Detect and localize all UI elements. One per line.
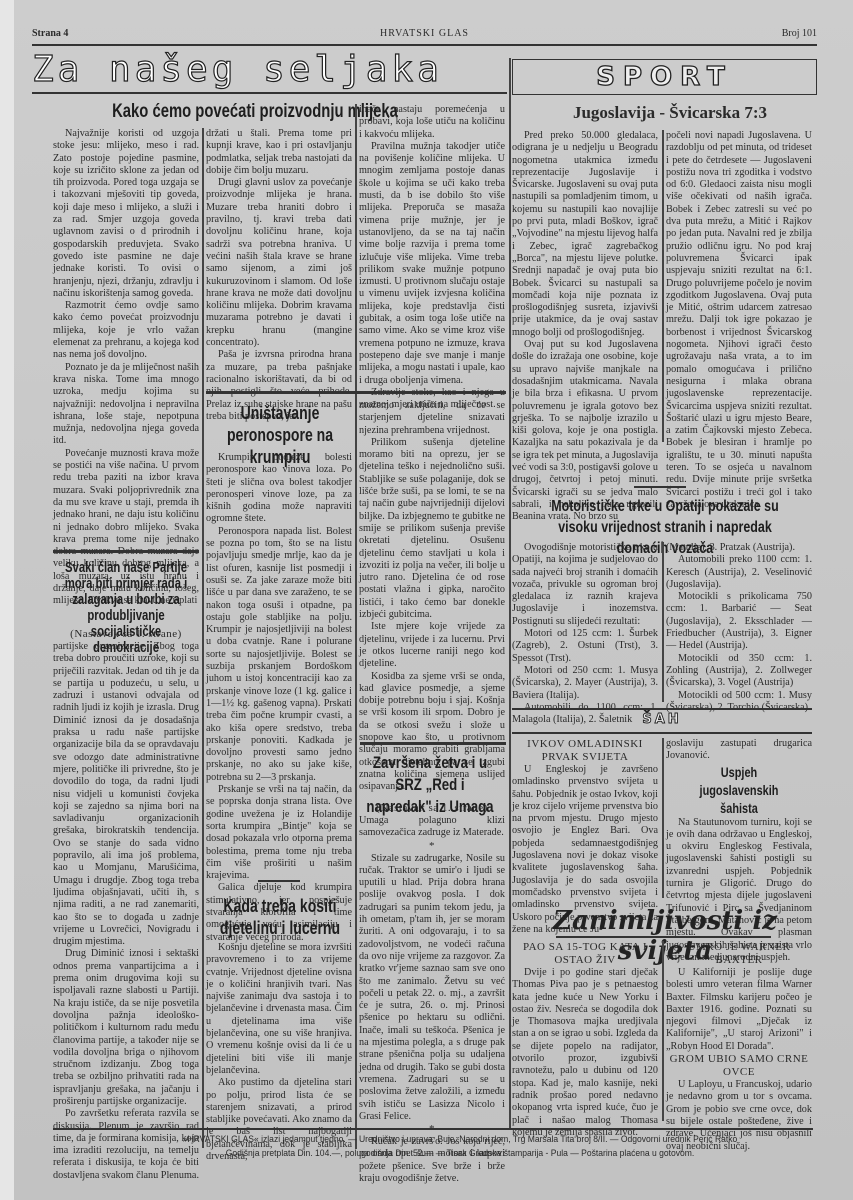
paragraph: Motocikli s prikolicama 750 ccm: 1. Barb… [666, 591, 812, 652]
sport-section-box: SPORT [512, 59, 817, 95]
paragraph: Krumpir podleže bolesti peronospore kao … [206, 452, 352, 526]
paragraph: (Matulje), 3. Pratzak (Austrija). [666, 542, 812, 554]
article-rule [634, 486, 686, 488]
column-divider [662, 738, 664, 898]
footer-rule [53, 1128, 813, 1130]
footer-line-2: Godišnja pretplata Din. 104.—, polugodiš… [136, 1148, 784, 1159]
separator-asterisk: * [359, 840, 505, 853]
article-rule [258, 880, 300, 882]
paragraph: Najvažnije koristi od uzgoja stoke jesu:… [53, 128, 199, 300]
milk-col-1: Najvažnije koristi od uzgoja stoke jesu:… [53, 128, 199, 608]
paragraph: partijske organizacije. Zbog toga treba … [53, 641, 199, 948]
masthead-rule [32, 44, 817, 46]
headline-ivkov: IVKOV OMLADINSKI PRVAK SVIJETA [512, 738, 658, 764]
column-divider [202, 128, 204, 1148]
paragraph: Ovogodišnje motorističke trke u Opatiji,… [512, 542, 658, 628]
paragraph: Dvije i po godine stari dječak Thomas Pi… [512, 967, 658, 1139]
clover-col-3: možemo zaključiti, da će se starjenjem d… [359, 400, 505, 794]
fall-article: PAO SA 15-TOG KATA I OSTAO ŽIV Dvije i p… [512, 941, 658, 1139]
article-rule [360, 742, 506, 745]
football-col-1: Pred preko 50.000 gledalaca, odigrana je… [512, 130, 658, 524]
paragraph: Prilikom sušenja djeteline moramo biti n… [359, 437, 505, 621]
column-divider [355, 104, 357, 1149]
world-rule [556, 936, 771, 938]
moto-col-2: (Matulje), 3. Pratzak (Austrija). Automo… [666, 542, 812, 714]
paragraph: Motori od 125 ccm: 1. Šurbek (Zagreb), 2… [512, 628, 658, 665]
paragraph: Umaga polaguno klizi samovezačica zadrug… [359, 815, 505, 840]
paragraph: Razmotrit ćemo ovdje samo kako ćemo pove… [53, 300, 199, 361]
paragraph: Prskanje se vrši na taj način, da se pop… [206, 784, 352, 882]
milk-col-2: držati u štali. Prema tome pri kupnji kr… [206, 128, 352, 423]
paragraph: inače nastaju poremećenja u probavi, koj… [359, 104, 505, 141]
section-rule [32, 92, 507, 94]
column-divider [662, 130, 664, 442]
newspaper-page: Strana 4 HRVATSKI GLAS Broj 101 Za našeg… [0, 0, 853, 1200]
paragraph: počeli novi napadi Jugoslavena. U razdob… [666, 130, 812, 511]
paragraph: držati u štali. Prema tome pri kupnji kr… [206, 128, 352, 177]
section-divider [509, 58, 511, 1128]
milk-col-3: inače nastaju poremećenja u probavi, koj… [359, 104, 505, 411]
headline-fall: PAO SA 15-TOG KATA I OSTAO ŽIV [512, 941, 658, 967]
newspaper-name: HRVATSKI GLAS [32, 28, 817, 39]
chess-section-title: ŠAH [512, 712, 812, 727]
paragraph: goslaviju zastupati drugarica Jovanović. [666, 738, 812, 763]
issue-number: Broj 101 [782, 28, 817, 39]
headline-lightning: GROM UBIO SAMO CRNE OVCE [666, 1053, 812, 1079]
article-rule [206, 391, 506, 394]
paragraph: Drugi glavni uslov za povećanje proizvod… [206, 177, 352, 349]
paragraph: Poznato je da je mliječnost naših krava … [53, 362, 199, 448]
paragraph: Pred preko 50.000 gledalaca, odigrana je… [512, 130, 658, 339]
footer-line-1: »HRVATSKI GLAS« izlazi jedamput tjedno. … [136, 1134, 784, 1145]
chess-rule-bottom [512, 732, 812, 734]
paragraph: Košnju djeteline se mora izvršiti pravov… [206, 942, 352, 1077]
continued-note: (Nastavak sa 1. strane) [53, 628, 199, 641]
paragraph: Automobili preko 1100 ccm: 1. Keresch (A… [666, 554, 812, 591]
column-divider [662, 941, 664, 1121]
headline-clover: Kada treba kositi djetelinu i lucernu [218, 895, 343, 939]
paragraph: Peronospora napada list. Bolest se pozna… [206, 526, 352, 784]
column-divider [662, 542, 664, 702]
section-title-sport: SPORT [513, 60, 816, 94]
paragraph: Motocikli od 500 ccm: 1. Musy (Švicarska… [666, 690, 812, 715]
paragraph: Iste mjere koje vrijede za djetelinu, vr… [359, 621, 505, 670]
clover-col-2: Košnju djeteline se mora izvršiti pravov… [206, 942, 352, 1163]
headline-baxter: UMRO JE WARNER BAXTER [666, 941, 812, 967]
page-edge [0, 0, 14, 1200]
section-title-farmer: Za našeg seljaka [32, 48, 443, 92]
masthead: Strana 4 HRVATSKI GLAS Broj 101 [32, 28, 817, 44]
paragraph: U Kaliforniji je poslije duge bolesti um… [666, 967, 812, 1053]
paragraph: Stizale su zadrugarke, Nosile su ručak. … [359, 853, 505, 1124]
paragraph: Motocikli od 350 ccm: 1. Zohling (Austri… [666, 653, 812, 690]
headline-football: Jugoslavija - Švicarska 7:3 [520, 103, 820, 123]
baxter-article: UMRO JE WARNER BAXTER U Kaliforniji je p… [666, 941, 812, 1153]
paragraph: Pravilna mužnja takodjer utiče na poviše… [359, 141, 505, 387]
continued-note: (Nastavak sa 1. strane) [359, 802, 505, 815]
paragraph: Drug Diminić iznosi i sektaški odnos pre… [53, 948, 199, 1108]
paragraph: možemo zaključiti, da će se starjenjem d… [359, 400, 505, 437]
moto-col-1: Ovogodišnje motorističke trke u Opatiji,… [512, 542, 658, 726]
potato-body: Krumpir podleže bolesti peronospore kao … [206, 452, 352, 944]
headline-chess-success: Uspjeh jugoslavenskih šahista [682, 763, 796, 817]
article-rule [53, 550, 199, 553]
chess-rule-top [512, 708, 812, 710]
paragraph: Motori od 250 ccm: 1. Musya (Švicarska),… [512, 665, 658, 702]
football-col-2: počeli novi napadi Jugoslavena. U razdob… [666, 130, 812, 511]
paragraph: Po završetku referata razvila se diskusi… [53, 1108, 199, 1182]
party-body: (Nastavak sa 1. strane) partijske organi… [53, 628, 199, 1182]
